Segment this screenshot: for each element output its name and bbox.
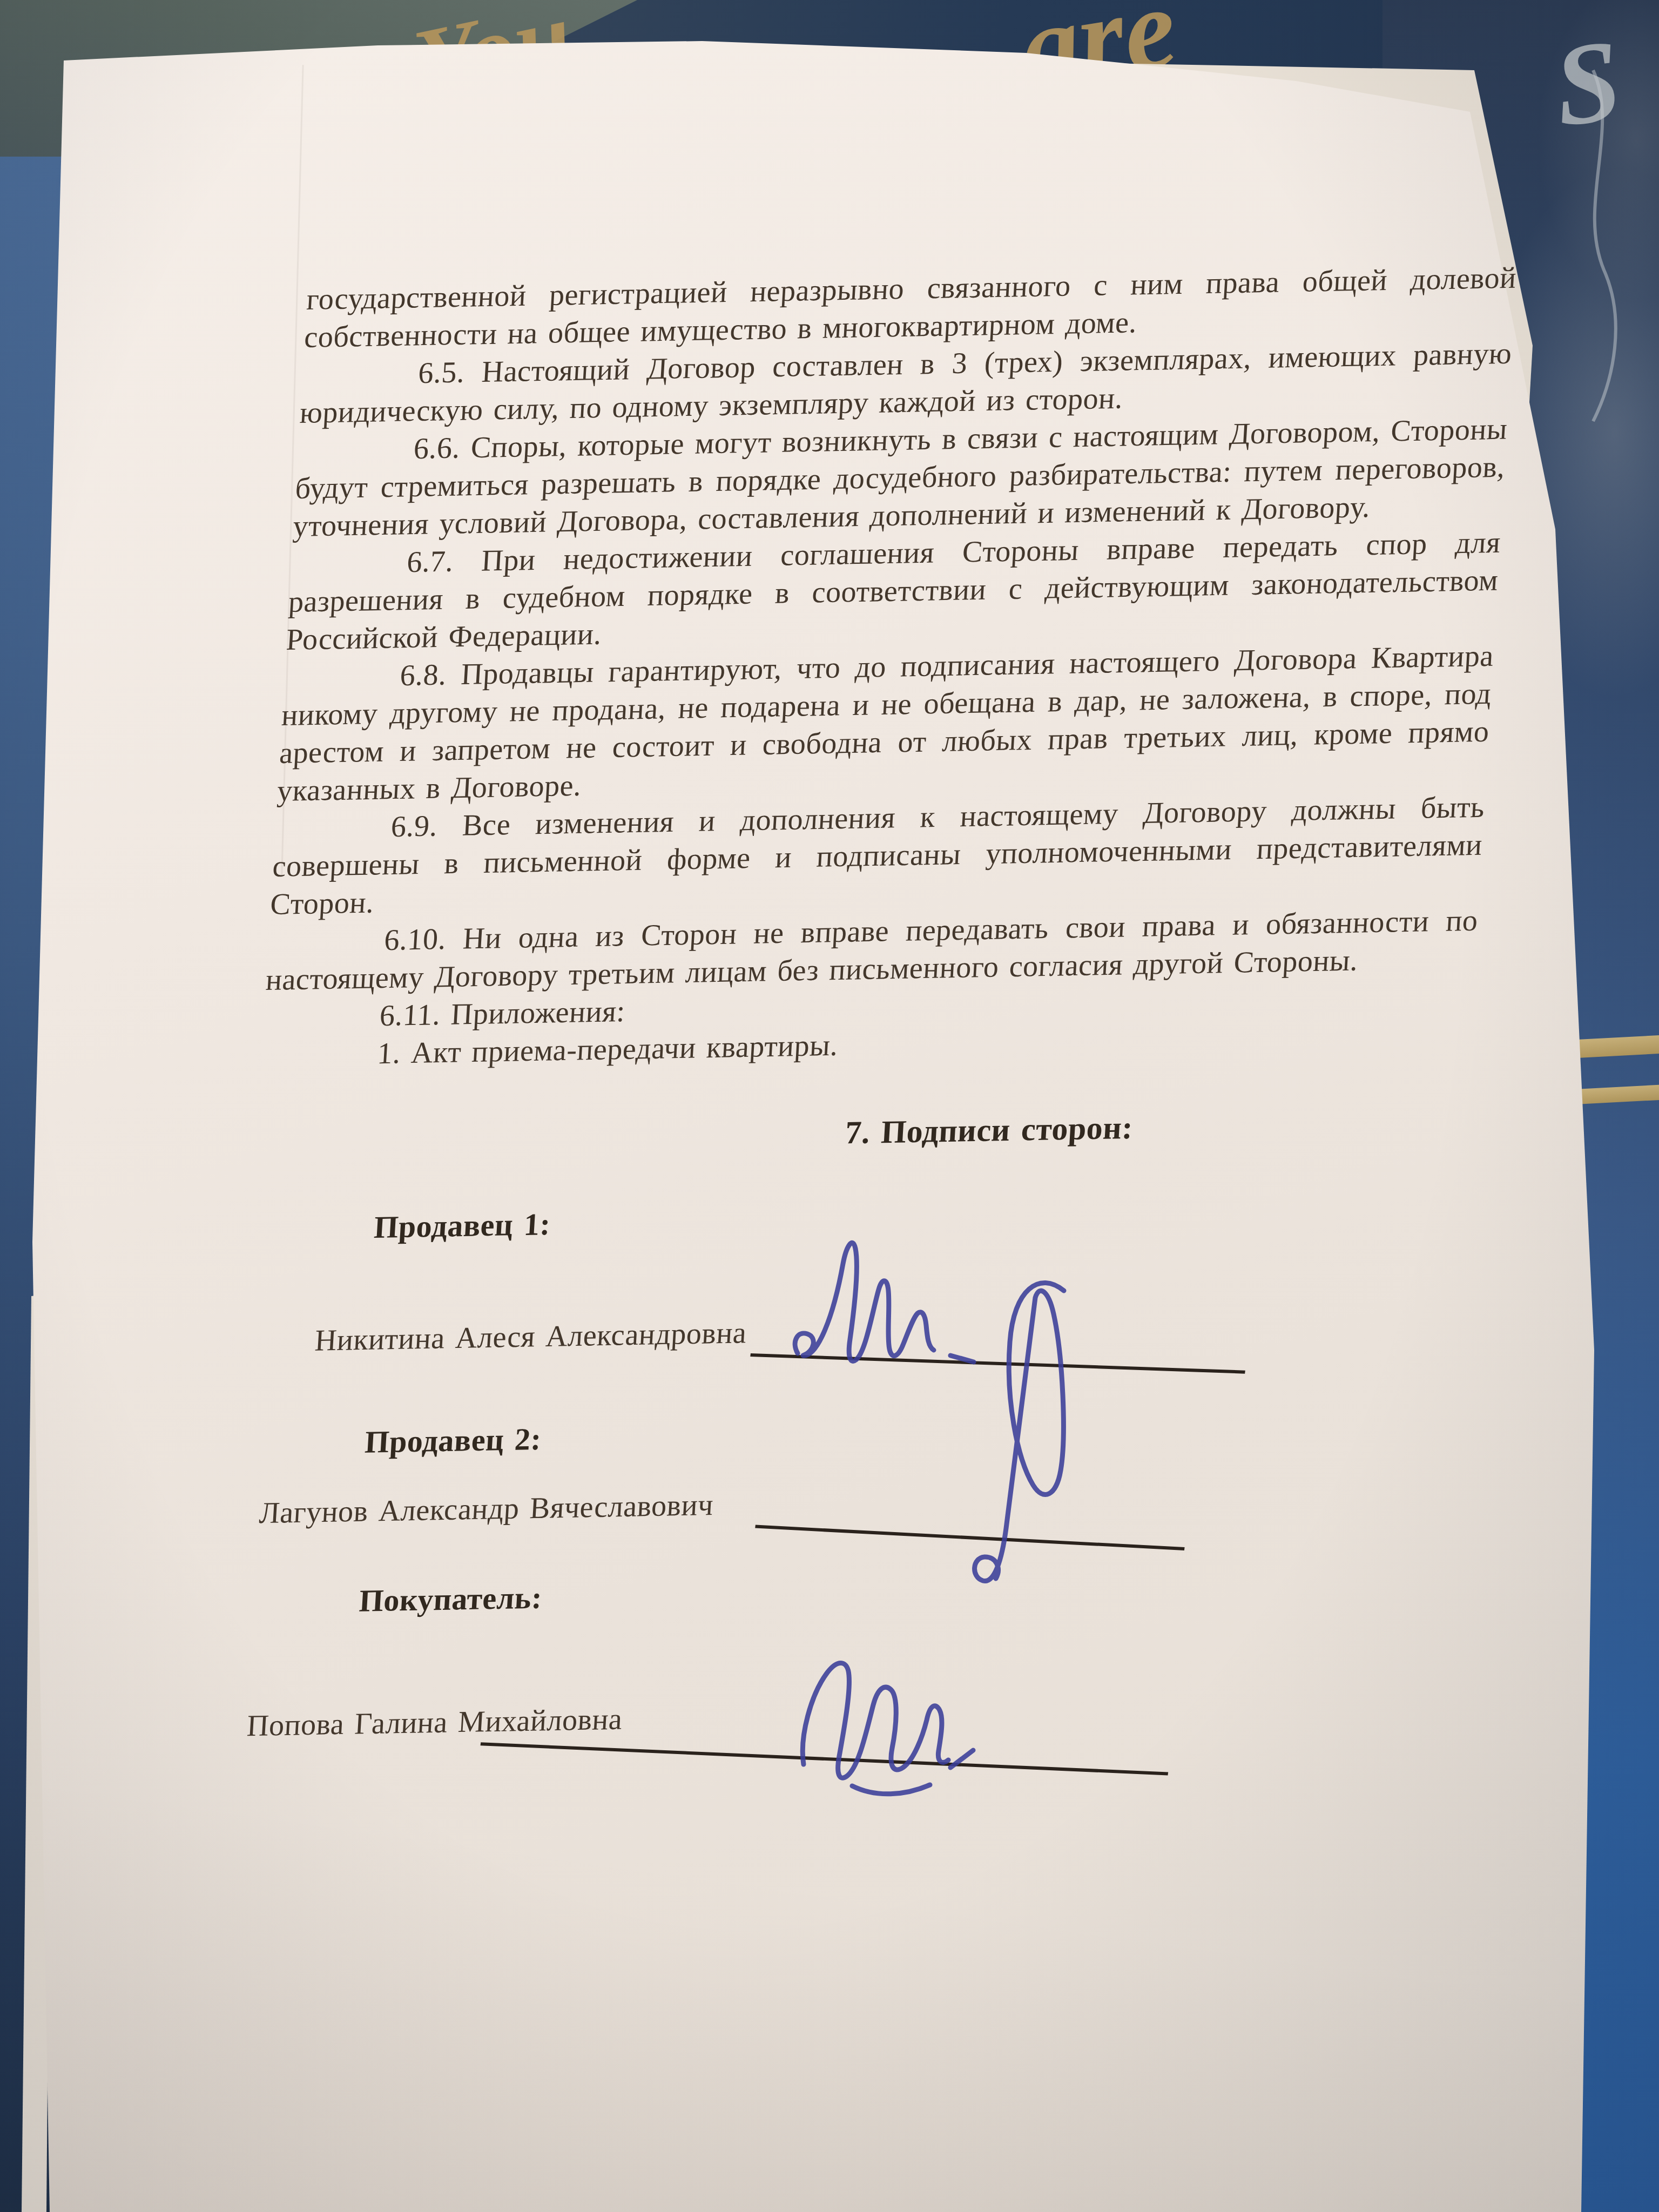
seller2-name: Лагунов Александр Вячеславович	[258, 1488, 714, 1530]
contract-paragraph: 6.8. Продавцы гарантируют, что до подпис…	[276, 637, 1495, 810]
photo-of-contract-page: You are S государственной регистрацией н…	[0, 0, 1659, 2212]
signatures-section-heading: 7. Подписи сторон:	[844, 1109, 1134, 1152]
seller1-label: Продавец 1:	[373, 1205, 551, 1246]
signature-line	[481, 1742, 1169, 1775]
contract-paragraph: 6.9. Все изменения и дополнения к настоя…	[269, 788, 1486, 923]
contract-text-block: государственной регистрацией неразрывно …	[204, 259, 1518, 2009]
buyer-label: Покупатель:	[358, 1579, 543, 1620]
seller2-signature-row: Лагунов Александр Вячеславович	[258, 1478, 1190, 1532]
contract-paragraph: 6.6. Споры, которые могут возникнуть в с…	[292, 410, 1509, 545]
signature-line	[751, 1353, 1246, 1374]
signature-line	[755, 1525, 1184, 1550]
buyer-name: Попова Галина Михайловна	[246, 1703, 624, 1743]
seller1-name: Никитина Алеся Александровна	[314, 1316, 747, 1357]
fabric-thread-highlight	[1561, 65, 1659, 454]
contract-paragraph: 6.7. При недостижении соглашения Стороны…	[285, 524, 1502, 659]
seller1-signature-row: Никитина Алеся Александровна	[314, 1305, 1250, 1360]
buyer-signature-row: Попова Галина Михайловна	[246, 1690, 1174, 1745]
seller2-label: Продавец 2:	[364, 1420, 543, 1461]
